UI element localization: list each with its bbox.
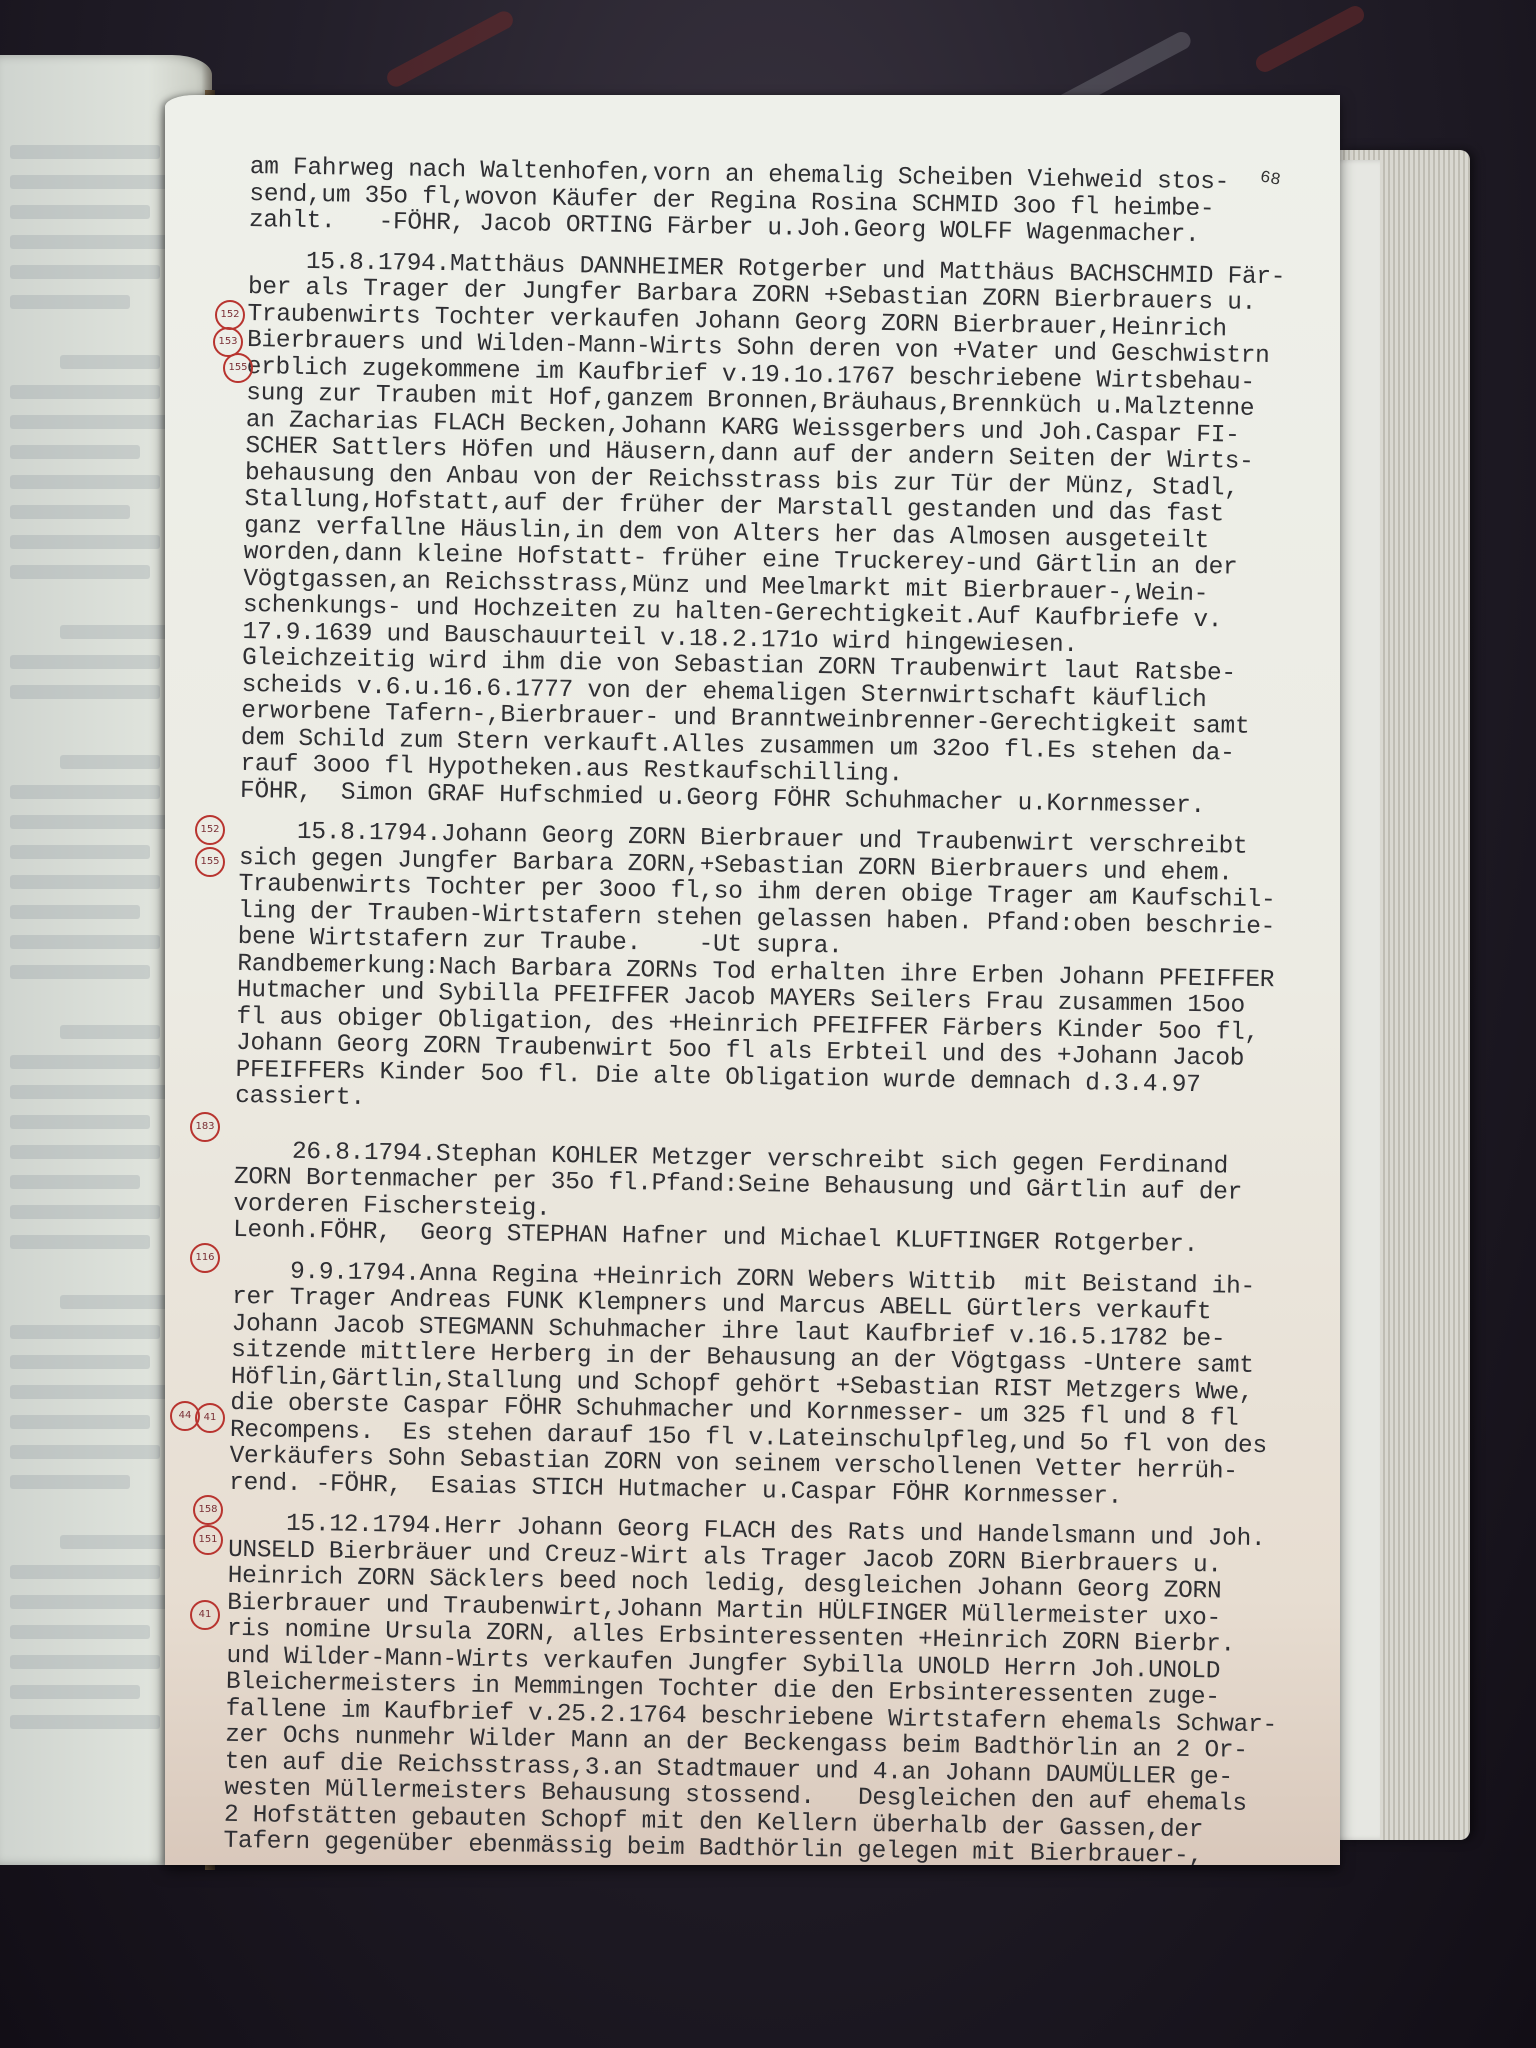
right-page: 68 am Fahrweg nach Waltenhofen,vorn an e… <box>165 95 1340 1865</box>
margin-annotation: 155 <box>195 847 225 877</box>
entry-9-9-1794: 9.9.1794.Anna Regina +Heinrich ZORN Webe… <box>229 1258 1293 1513</box>
entry-15-8-1794-obligation: 15.8.1794.Johann Georg ZORN Bierbrauer u… <box>235 819 1299 1127</box>
margin-annotation: 152 <box>215 300 245 330</box>
margin-annotation: 183 <box>190 1112 220 1142</box>
entry-26-8-1794: 26.8.1794.Stephan KOHLER Metzger verschr… <box>233 1138 1295 1261</box>
margin-annotation: 155 <box>223 353 253 383</box>
background-pattern <box>384 8 516 90</box>
typewritten-text: am Fahrweg nach Waltenhofen,vorn an ehem… <box>223 155 1310 1865</box>
margin-annotation: 41 <box>195 1403 225 1433</box>
background-pattern <box>1253 3 1367 75</box>
margin-annotation: 152 <box>195 815 225 845</box>
margin-annotation: 41 <box>190 1600 220 1630</box>
paragraph-continuation: am Fahrweg nach Waltenhofen,vorn an ehem… <box>249 155 1310 251</box>
margin-annotation: 158 <box>193 1495 223 1525</box>
entry-15-12-1794: 15.12.1794.Herr Johann Georg FLACH des R… <box>223 1511 1288 1865</box>
margin-annotation: 116 <box>190 1243 220 1273</box>
entry-15-8-1794-sale: 15.8.1794.Matthäus DANNHEIMER Rotgerber … <box>240 248 1309 821</box>
margin-annotation: 151 <box>193 1525 223 1555</box>
